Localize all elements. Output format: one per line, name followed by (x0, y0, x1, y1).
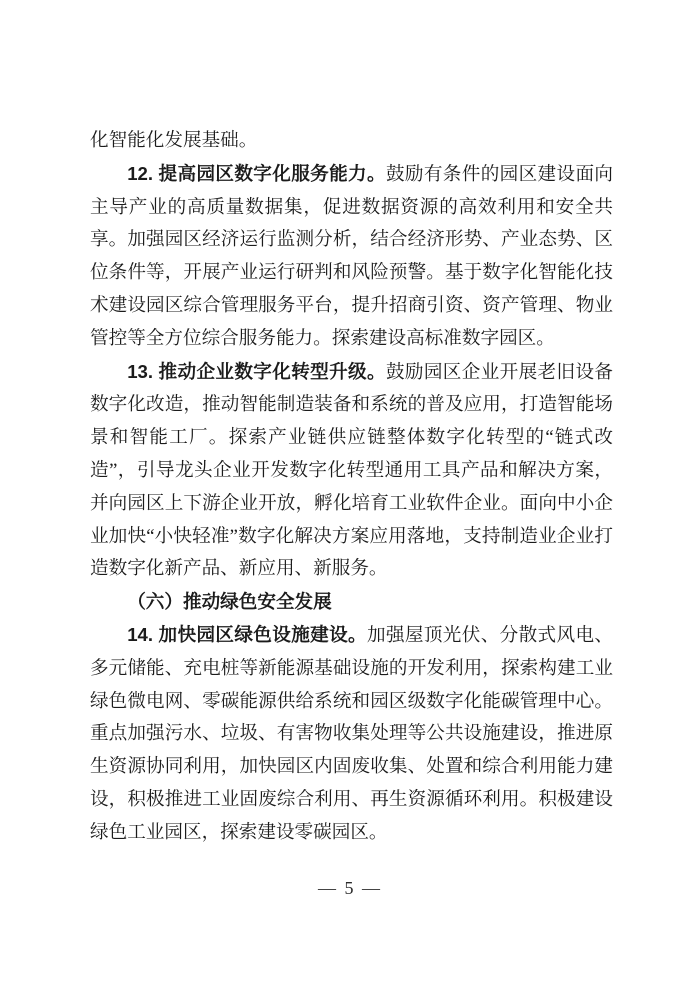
page-number: — 5 — (318, 878, 382, 898)
document-page: 化智能化发展基础。 12. 提高园区数字化服务能力。鼓励有条件的园区建设面向主导… (0, 0, 700, 989)
page-footer: — 5 — (0, 874, 700, 902)
item-13-heading: 13. 推动企业数字化转型升级。 (127, 361, 386, 382)
paragraph-item-13: 13. 推动企业数字化转型升级。鼓励园区企业开展老旧设备数字化改造，推动智能制造… (90, 356, 613, 587)
item-13-body: 鼓励园区企业开展老旧设备数字化改造，推动智能制造装备和系统的普及应用，打造智能场… (90, 362, 613, 580)
item-12-heading: 12. 提高园区数字化服务能力。 (127, 163, 386, 184)
section-6-heading: （六）推动绿色安全发展 (90, 586, 613, 619)
item-12-body: 鼓励有条件的园区建设面向主导产业的高质量数据集，促进数据资源的高效利用和安全共享… (90, 164, 613, 349)
item-14-heading: 14. 加快园区绿色设施建设。 (127, 624, 367, 645)
paragraph-item-14: 14. 加快园区绿色设施建设。加强屋顶光伏、分散式风电、多元储能、充电桩等新能源… (90, 619, 613, 850)
item-14-body: 加强屋顶光伏、分散式风电、多元储能、充电桩等新能源基础设施的开发利用，探索构建工… (90, 625, 613, 843)
paragraph-continuation: 化智能化发展基础。 (90, 125, 613, 158)
paragraph-item-12: 12. 提高园区数字化服务能力。鼓励有条件的园区建设面向主导产业的高质量数据集，… (90, 158, 613, 356)
